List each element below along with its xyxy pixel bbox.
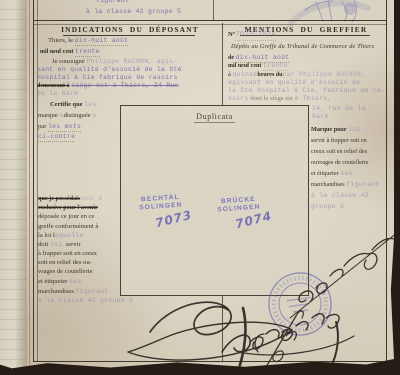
etiqueter-right-line: et étiqueter ses (311, 171, 353, 178)
greffier-quality-line: agissant en qualité d'associé de (228, 80, 360, 86)
left-column-header: INDICATIONS DU DÉPOSANT (42, 25, 218, 34)
loi-line: la loi laquelle (38, 233, 84, 240)
deposant-quality-line: sant en qualité d'associé de la Sté (37, 67, 182, 73)
classe-line: à la classe 42 groupe 5 (38, 298, 133, 304)
par-les-mots-line: par les mots (38, 124, 81, 131)
deposant-name-line: Je soussigné Philippe BUCHON, agis- (52, 59, 177, 66)
etiqueter-line: et étiqueter ses (38, 279, 82, 286)
frapper-line: à frapper soit en creux (38, 251, 97, 258)
greffier-year-line: mil neuf cent trente (228, 63, 288, 70)
deposant-company-line: Hospital & Cie fabrique de rasoirs (37, 75, 178, 81)
greffier-siege-line: soirs dont le siège est à Thiers, (228, 96, 332, 103)
deposant-address-line: demeurant à siège est à Thiers, 24 Rue (37, 83, 179, 90)
ci-contre-line: ci-contre (38, 134, 75, 142)
certifie-line: Certifie que les (50, 102, 97, 109)
marchandises-line: marchandises figurant (38, 289, 109, 296)
doit-servir-line: doit lui servir (38, 242, 81, 249)
previous-section-divider (213, 0, 214, 20)
deposant-year-line: mil neuf cent trente (40, 49, 100, 56)
left-header-underline (63, 35, 195, 36)
previous-page-edge (0, 0, 27, 372)
duplicata-box: Duplicata BECHTAL SOLINGEN 7073 BRÜCKE S… (120, 105, 309, 296)
greffe-subtitle: Dépôts au Greffe du Tribunal de Commerce… (231, 44, 374, 50)
scanned-register-document: figurant à la classe 42 groupe 5 INDICAT… (0, 0, 400, 375)
ouvrages-line: ouvrages de coutellerie (311, 160, 368, 166)
form-bottom-border (33, 361, 387, 362)
creux-line: creux soit en relief des (311, 149, 367, 155)
bechtal-solingen-stamp: BECHTAL SOLINGEN (139, 194, 183, 212)
red-margin-line (29, 0, 30, 372)
classe-right-line: à la classe 42 (311, 193, 369, 199)
greffier-gare-line: Gare (312, 114, 329, 120)
marchandises-right-line: marchandises figurant (311, 182, 379, 189)
previous-record-line: à la classe 42 groupe 5 (86, 9, 181, 15)
stamp-number-7073: 7073 (154, 208, 194, 231)
duplicata-title: Duplicata (121, 112, 308, 121)
greffier-street-line: 24, rue de la (312, 106, 366, 112)
struck-clause-line2: exclusive pour l'avenir (38, 205, 98, 211)
registry-number-line: N°7073-7074 (228, 32, 276, 39)
greffe-line: greffe conformément à (38, 224, 98, 231)
form-right-border (386, 0, 387, 362)
register-page: figurant à la classe 42 groupe 5 INDICAT… (0, 0, 394, 372)
form-left-border (33, 0, 38, 362)
marque-line: marque sdistinguée s (38, 113, 96, 120)
struck-clause-line: que je possédais ont é (38, 196, 103, 203)
servir-line: servir à frapper soit en (311, 138, 367, 144)
deposant-date-line: Thiers, le dix-huit août (48, 38, 128, 45)
groupe-right-line: groupe 5 (311, 204, 344, 210)
marque-pour-line: Marque pour lui (311, 127, 361, 134)
greffier-hour-line: à quinzeheures dupar Philippe BUCHON, (228, 72, 365, 79)
greffier-date-line: de dix-huit août (228, 55, 289, 62)
relief-line: soit en relief des ou- (38, 260, 92, 267)
coutellerie-line: vrages de coutellerie (38, 269, 93, 276)
greffier-company-line: la Sté Hospital & Cie, fabrique de ra- (228, 88, 385, 94)
deposant-address-line2: de la Gare (37, 91, 78, 97)
previous-record-line: figurant (96, 0, 129, 4)
bruecke-solingen-stamp: BRÜCKE SOLINGEN (217, 196, 261, 214)
deposee-line: déposée ce jour en ce (38, 214, 94, 221)
